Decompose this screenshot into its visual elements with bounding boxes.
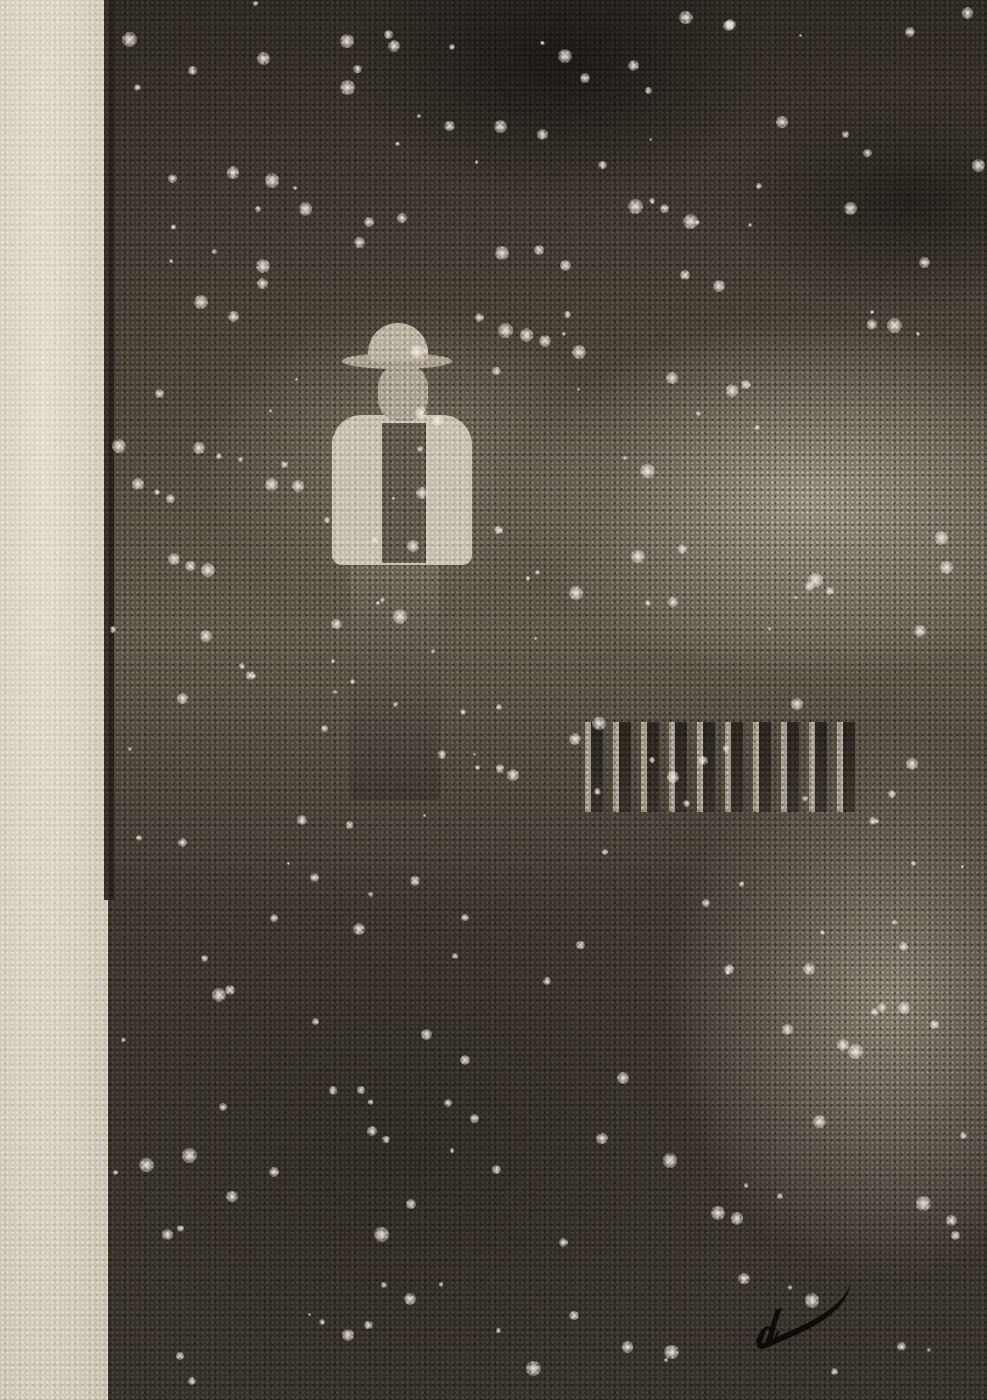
halftone-grain xyxy=(0,0,987,1400)
photograph: 𝒹 xyxy=(0,0,987,1400)
